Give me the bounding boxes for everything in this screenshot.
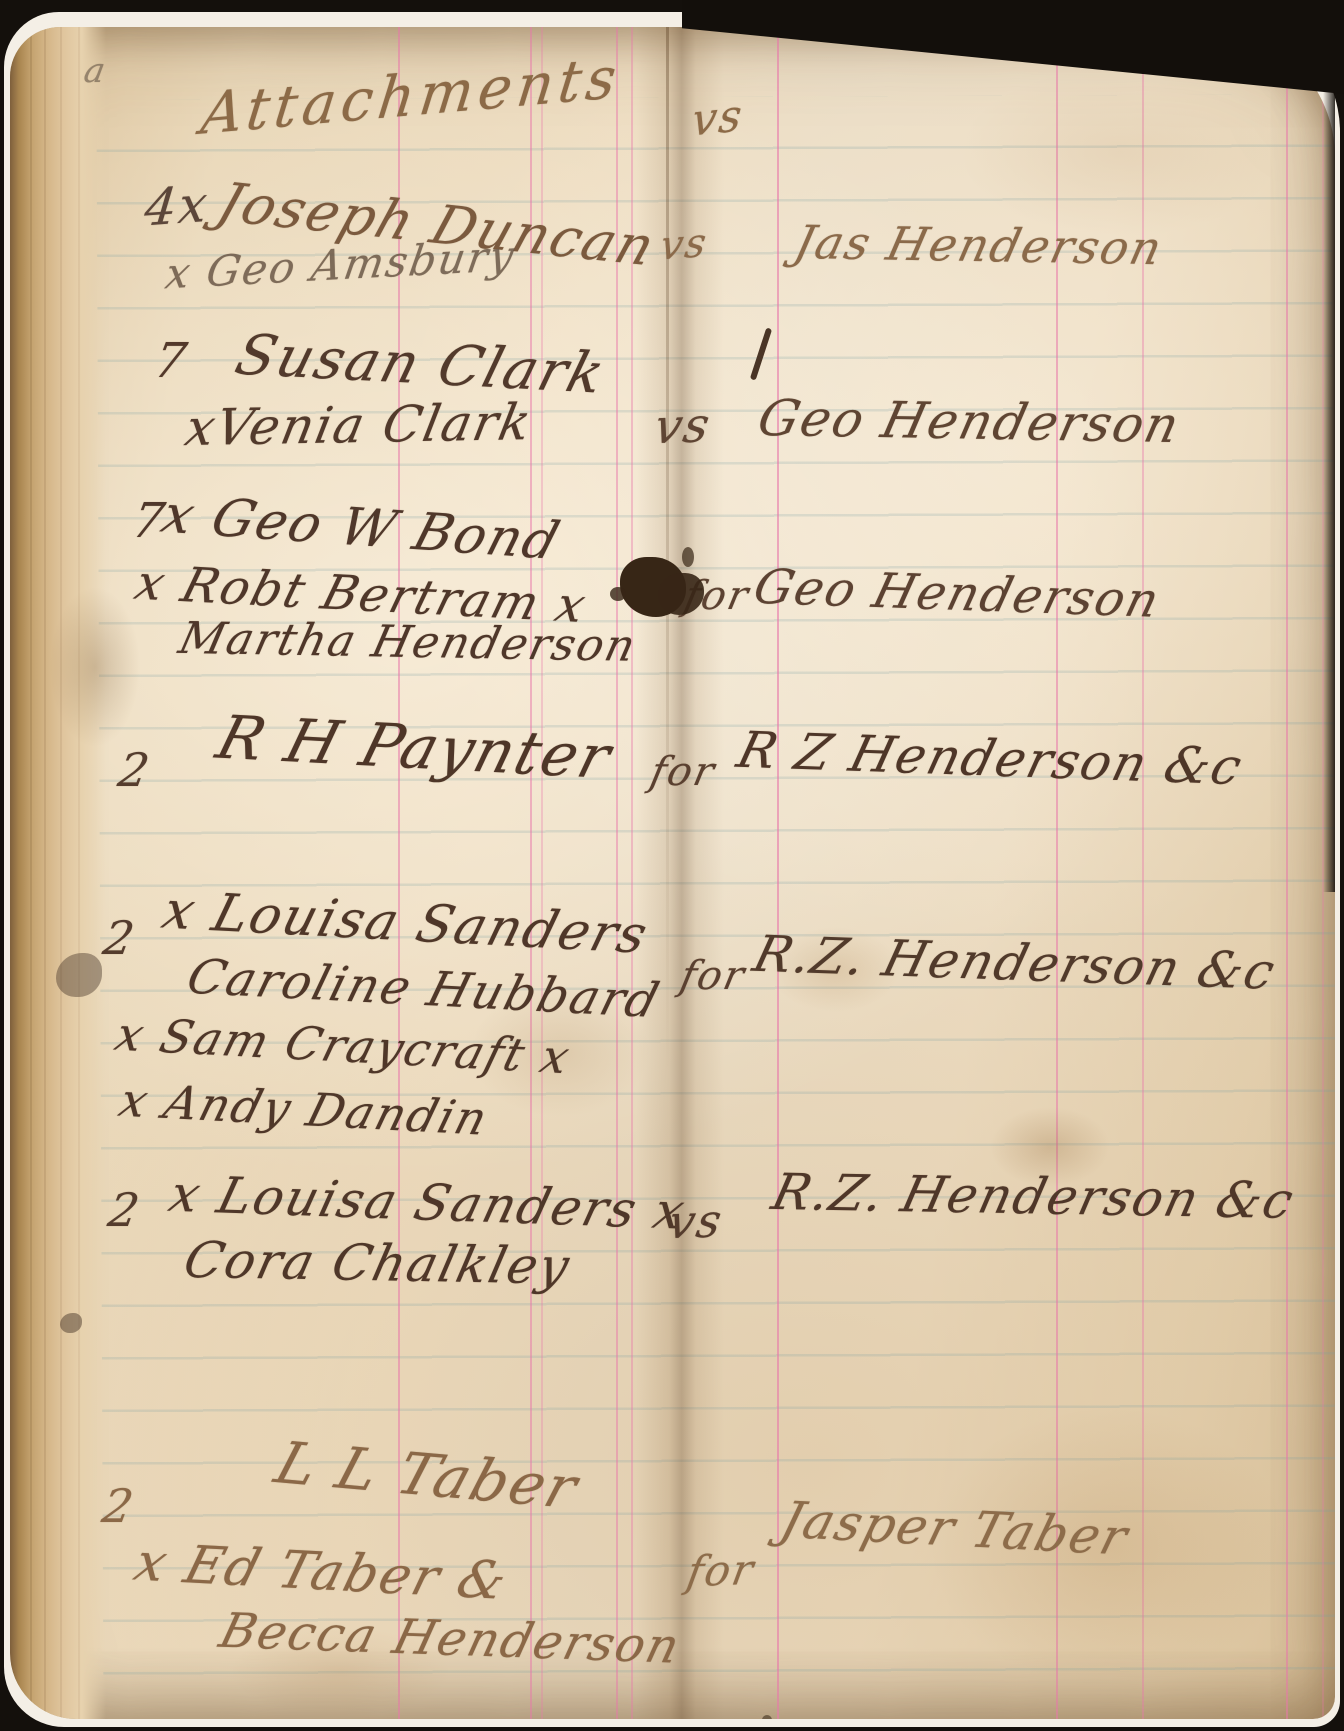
defendant-name: Geo Henderson — [753, 389, 1187, 454]
ledger-line — [616, 27, 618, 1719]
entry-number: 4x — [142, 175, 212, 238]
page-edge-ridge — [78, 27, 80, 1719]
plaintiff-name: xVenia Clark — [181, 393, 538, 457]
book-edge-shadow-right — [1323, 92, 1335, 892]
ink-blot — [682, 547, 694, 567]
defendant-name: Jas Henderson — [790, 215, 1169, 275]
ledger-line — [1056, 27, 1058, 1719]
ledger-page: a Attachments vs 4x Joseph Duncan x Geo … — [10, 27, 1335, 1719]
versus-label: vs — [657, 220, 711, 270]
ledger-line — [631, 27, 633, 1719]
ledger-line — [1142, 27, 1144, 1719]
center-fold-shadow — [636, 27, 724, 1719]
for-label: for — [646, 749, 720, 795]
center-fold-crease — [666, 27, 669, 1076]
plaintiff-name: Cora Chalkley — [179, 1231, 577, 1295]
ledger-line — [1286, 27, 1288, 1719]
for-label: for — [683, 1545, 759, 1597]
page-edge-ridge — [30, 27, 32, 1719]
ink-dot — [762, 1715, 772, 1719]
versus-label: vs — [650, 397, 716, 455]
ink-blot — [610, 587, 626, 601]
page-edge-ridge — [44, 27, 46, 1719]
page-stack-edge — [10, 27, 106, 1719]
ledger-line — [777, 27, 779, 1719]
for-label: for — [676, 953, 750, 999]
versus-label: vs — [664, 1193, 727, 1249]
defendant-name: R.Z. Henderson &c — [767, 1163, 1301, 1230]
plaintiff-name: Martha Henderson — [174, 613, 642, 672]
page-edge-ridge — [60, 27, 62, 1719]
page-title-vs: vs — [690, 90, 747, 147]
